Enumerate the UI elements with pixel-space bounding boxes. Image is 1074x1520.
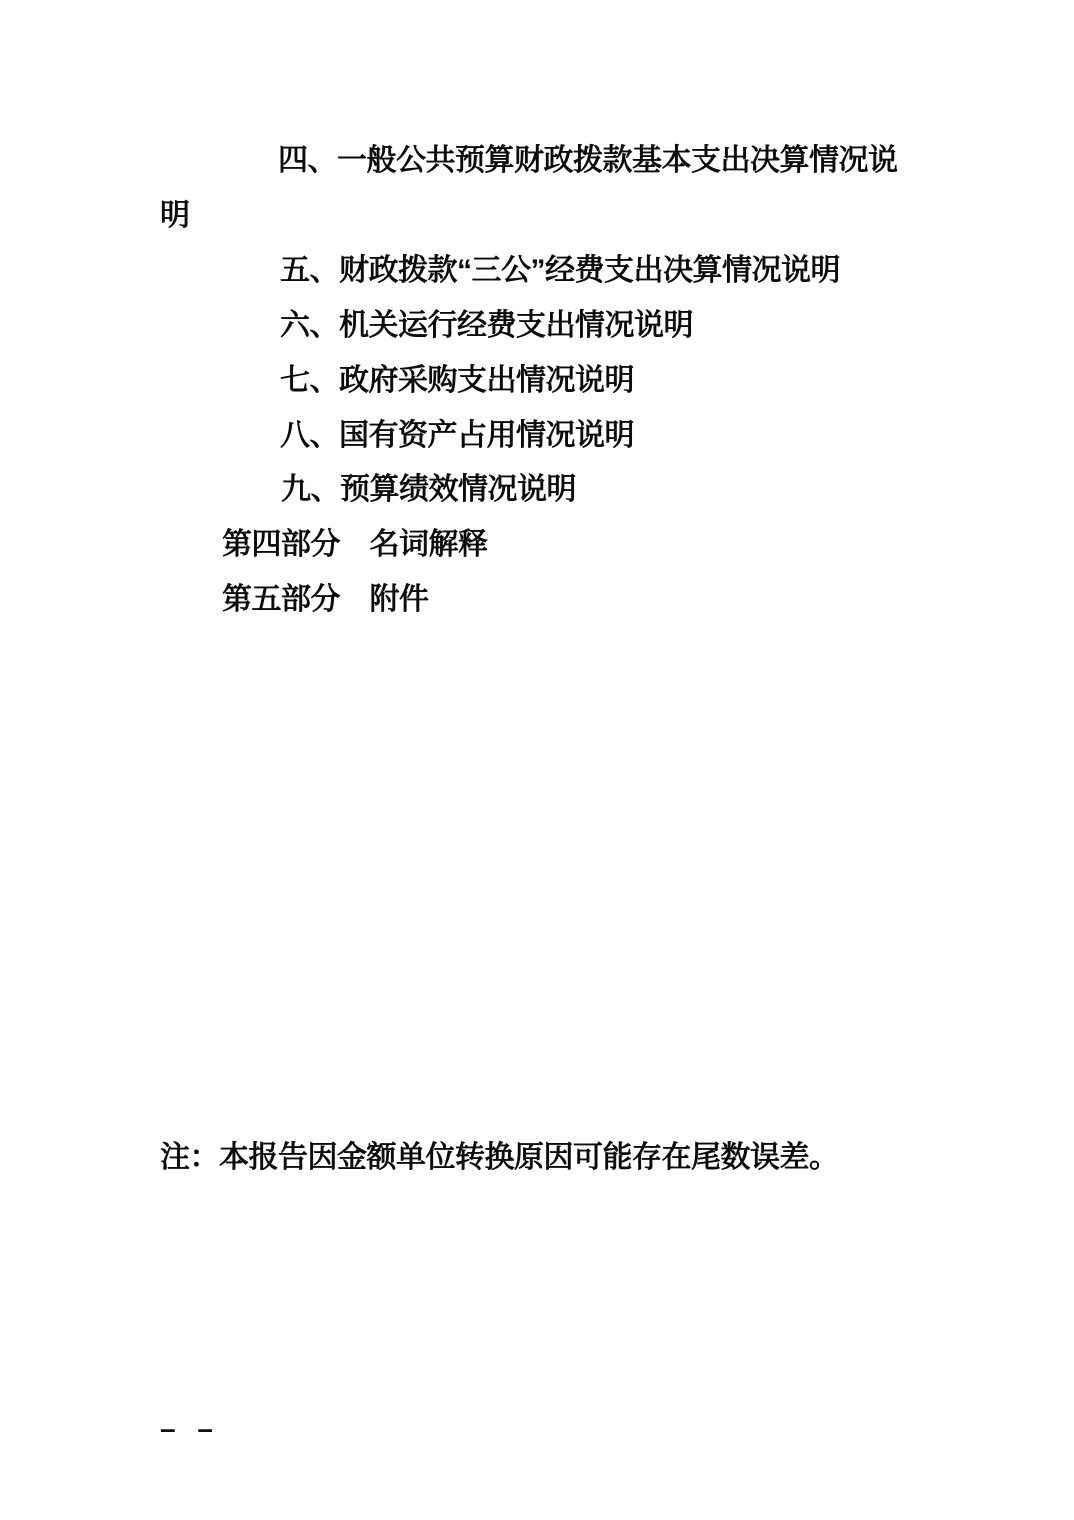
footnote-text: 注：本报告因金额单位转换原因可能存在尾数误差。 bbox=[160, 1141, 839, 1174]
toc-item-6: 六、机关运行经费支出情况说明 bbox=[280, 309, 693, 342]
toc-item-8: 八、国有资产占用情况说明 bbox=[280, 419, 634, 452]
toc-item-5: 五、财政拨款“三公”经费支出决算情况说明 bbox=[280, 254, 840, 287]
page-number-dashes: – – bbox=[160, 1414, 213, 1445]
toc-item-4-line-2: 明 bbox=[160, 199, 190, 232]
toc-item-7: 七、政府采购支出情况说明 bbox=[280, 364, 634, 397]
document-page: 四、一般公共预算财政拨款基本支出决算情况说 明 五、财政拨款“三公”经费支出决算… bbox=[0, 0, 1074, 1520]
toc-item-9: 九、预算绩效情况说明 bbox=[281, 473, 576, 506]
toc-part-5-heading: 第五部分 附件 bbox=[222, 583, 429, 616]
toc-item-4-line-1: 四、一般公共预算财政拨款基本支出决算情况说 bbox=[278, 144, 898, 177]
toc-part-4-heading: 第四部分 名词解释 bbox=[222, 528, 488, 561]
